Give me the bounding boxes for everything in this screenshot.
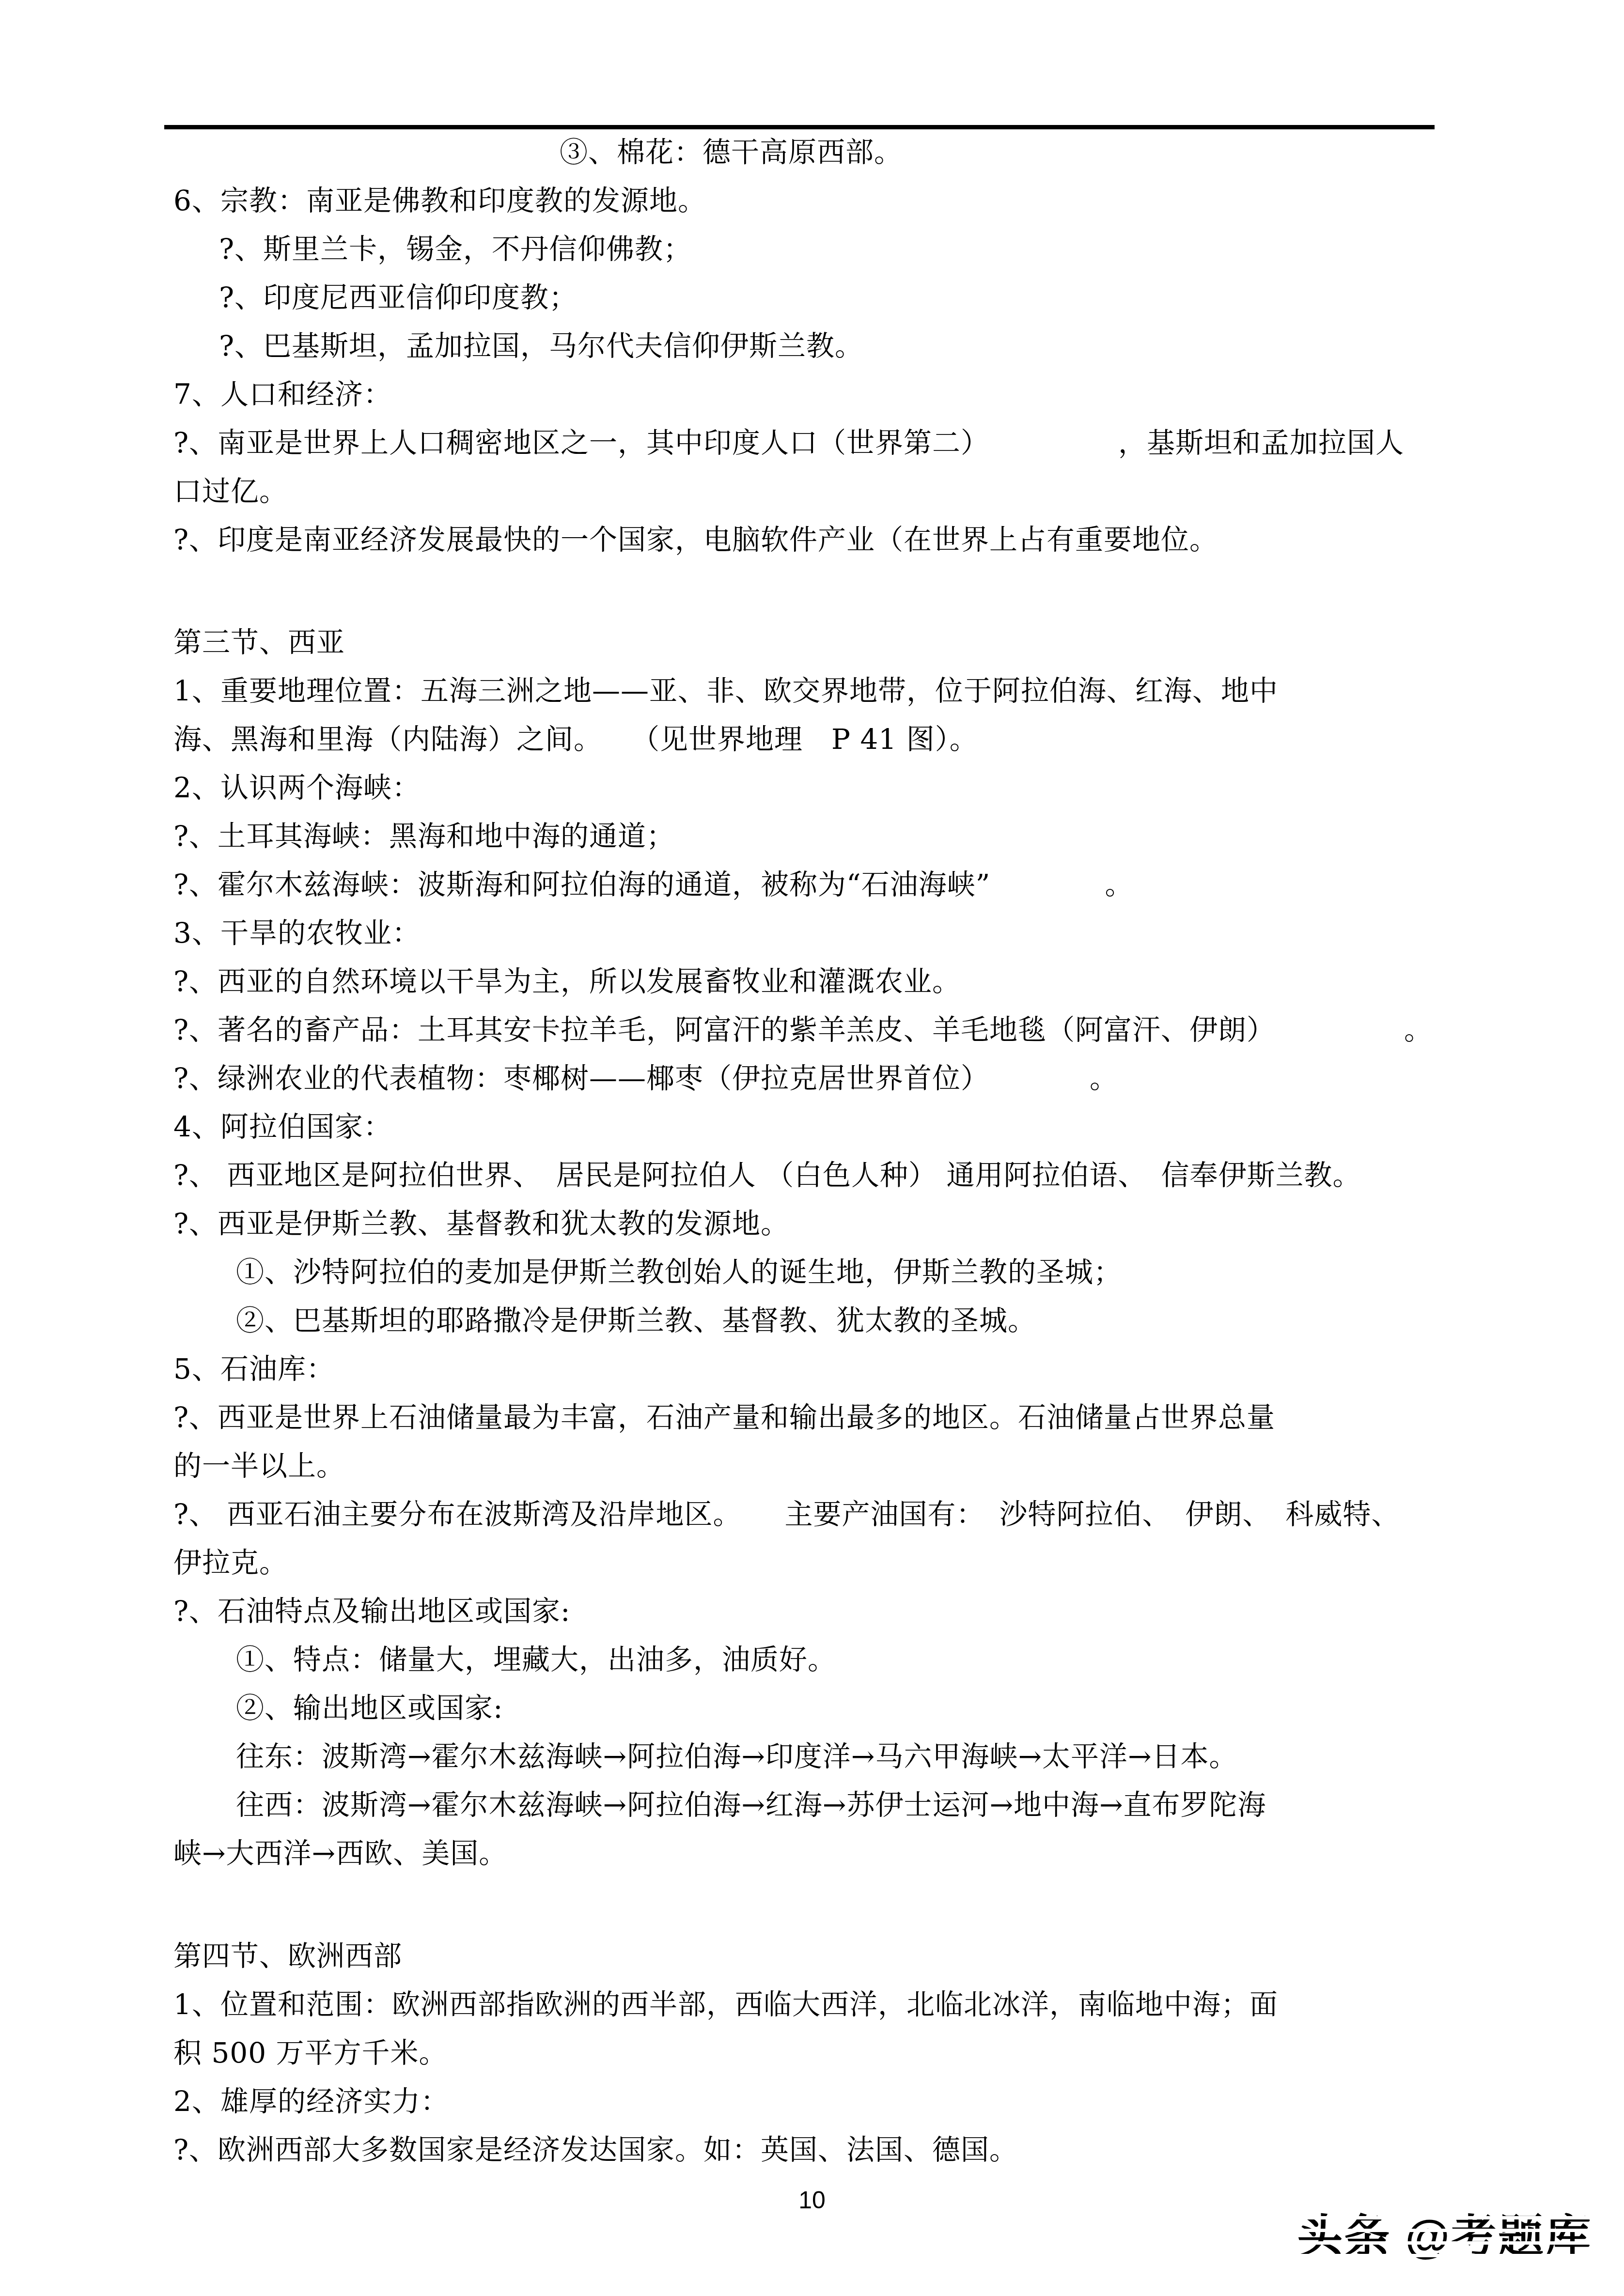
text-line: ?、 西亚地区是阿拉伯世界、 居民是阿拉伯人 （白色人种） 通用阿拉伯语、 信奉… bbox=[173, 1151, 1462, 1199]
text-line: ②、输出地区或国家: bbox=[173, 1684, 1462, 1732]
document-page: { "colors": { "text": "#000000", "backgr… bbox=[0, 0, 1624, 2296]
text-line: ?、印度尼西亚信仰印度教； bbox=[173, 273, 1462, 322]
text-line: ?、绿洲农业的代表植物：枣椰树——椰枣（伊拉克居世界首位） 。 bbox=[173, 1054, 1462, 1102]
text-line: ?、著名的畜产品：土耳其安卡拉羊毛，阿富汗的紫羊羔皮、羊毛地毯（阿富汗、伊朗） … bbox=[173, 1006, 1462, 1054]
text-line: ?、斯里兰卡，锡金，不丹信仰佛教； bbox=[173, 225, 1462, 273]
document-body: ③、棉花：德干高原西部。6、宗教：南亚是佛教和印度教的发源地。?、斯里兰卡，锡金… bbox=[173, 128, 1462, 2174]
text-line: 伊拉克。 bbox=[173, 1538, 1462, 1587]
text-line: 4、阿拉伯国家： bbox=[173, 1102, 1462, 1151]
text-line: 往东：波斯湾→霍尔木兹海峡→阿拉伯海→印度洋→马六甲海峡→太平洋→日本。 bbox=[173, 1732, 1462, 1781]
text-line: ③、棉花：德干高原西部。 bbox=[173, 128, 1462, 176]
watermark-text: 头条 @考题库 bbox=[1297, 2211, 1592, 2262]
text-line: 口过亿。 bbox=[173, 467, 1462, 515]
text-line: 3、干旱的农牧业： bbox=[173, 909, 1462, 957]
text-line: ①、沙特阿拉伯的麦加是伊斯兰教创始人的诞生地，伊斯兰教的圣城； bbox=[173, 1248, 1462, 1296]
text-line: 第三节、西亚 bbox=[173, 618, 1462, 667]
text-line: 峡→大西洋→西欧、美国。 bbox=[173, 1829, 1462, 1877]
text-line: ?、西亚的自然环境以干旱为主，所以发展畜牧业和灌溉农业。 bbox=[173, 957, 1462, 1006]
text-line: ?、霍尔木兹海峡：波斯海和阿拉伯海的通道，被称为“石油海峡” 。 bbox=[173, 860, 1462, 909]
text-line: ?、巴基斯坦，孟加拉国，马尔代夫信仰伊斯兰教。 bbox=[173, 322, 1462, 370]
text-line: ?、石油特点及输出地区或国家: bbox=[173, 1587, 1462, 1635]
text-line: ?、 西亚石油主要分布在波斯湾及沿岸地区。 主要产油国有： 沙特阿拉伯、 伊朗、… bbox=[173, 1490, 1462, 1538]
text-line: 2、雄厚的经济实力： bbox=[173, 2077, 1462, 2125]
text-line: 第四节、欧洲西部 bbox=[173, 1932, 1462, 1980]
text-line: 1、重要地理位置：五海三洲之地——亚、非、欧交界地带，位于阿拉伯海、红海、地中 bbox=[173, 667, 1462, 715]
text-line: ②、巴基斯坦的耶路撒冷是伊斯兰教、基督教、犹太教的圣城。 bbox=[173, 1296, 1462, 1345]
text-line: ?、南亚是世界上人口稠密地区之一，其中印度人口（世界第二） ，基斯坦和孟加拉国人 bbox=[173, 419, 1462, 467]
text-line: 的一半以上。 bbox=[173, 1442, 1462, 1490]
text-line: 5、石油库： bbox=[173, 1345, 1462, 1393]
text-line: 6、宗教：南亚是佛教和印度教的发源地。 bbox=[173, 176, 1462, 225]
text-line: 往西：波斯湾→霍尔木兹海峡→阿拉伯海→红海→苏伊士运河→地中海→直布罗陀海 bbox=[173, 1781, 1462, 1829]
text-line: 海、黑海和里海（内陆海）之间。 （见世界地理 P 41 图）。 bbox=[173, 715, 1462, 763]
text-line: ?、欧洲西部大多数国家是经济发达国家。如：英国、法国、德国。 bbox=[173, 2125, 1462, 2174]
text-line: 1、位置和范围：欧洲西部指欧洲的西半部，西临大西洋，北临北冰洋，南临地中海；面 bbox=[173, 1980, 1462, 2029]
text-line: ?、西亚是伊斯兰教、基督教和犹太教的发源地。 bbox=[173, 1199, 1462, 1248]
text-line: 2、认识两个海峡： bbox=[173, 763, 1462, 812]
watermark: 头条 @考题库 bbox=[1297, 2207, 1592, 2267]
text-line: 积 500 万平方千米。 bbox=[173, 2029, 1462, 2077]
text-line: ①、特点：储量大，埋藏大，出油多，油质好。 bbox=[173, 1635, 1462, 1684]
text-line: ?、印度是南亚经济发展最快的一个国家，电脑软件产业（在世界上占有重要地位。 bbox=[173, 515, 1462, 564]
text-line: ?、西亚是世界上石油储量最为丰富，石油产量和输出最多的地区。石油储量占世界总量 bbox=[173, 1393, 1462, 1442]
text-line: ?、土耳其海峡：黑海和地中海的通道； bbox=[173, 812, 1462, 860]
text-line: 7、人口和经济： bbox=[173, 370, 1462, 419]
